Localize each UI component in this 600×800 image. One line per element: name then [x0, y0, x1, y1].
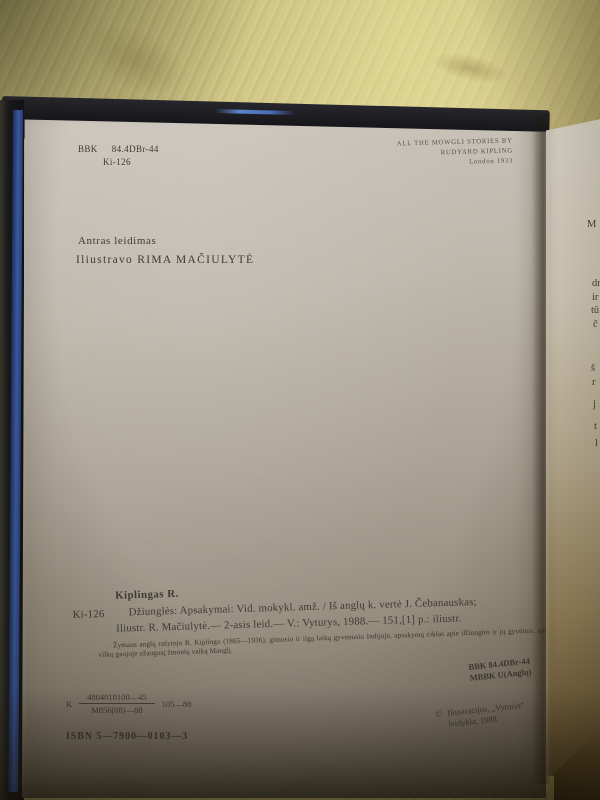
- facing-text-fragment: j: [593, 399, 596, 410]
- catalog-author: Kiplingas R.: [115, 588, 179, 602]
- facing-text-fragment: š: [591, 363, 595, 374]
- copyright-icon: ©: [435, 708, 444, 731]
- facing-text-fragment: l: [595, 438, 598, 449]
- facing-text-fragment: č: [593, 319, 598, 330]
- catalog-index: Ki-126: [73, 608, 105, 621]
- wood-blemish: [72, 10, 197, 111]
- facing-text-fragment: tū: [591, 305, 599, 316]
- illustrator-note: Iliustravo RIMA MAČIULYTĖ: [76, 254, 254, 266]
- print-order-fraction: 4804010100—45 M856(08)—88: [79, 692, 155, 715]
- facing-text-fragment: t: [594, 421, 597, 432]
- facing-text-fragment: M: [587, 219, 596, 230]
- imprint-page: BBK84.4DBr-44 Ki-126 ALL THE MOWGLI STOR…: [22, 114, 546, 798]
- print-order-code: K 4804010100—45 M856(08)—88 105—88: [66, 692, 191, 715]
- edition-note: Antras leidimas: [78, 235, 156, 247]
- original-title-line3: London 1933: [397, 156, 513, 169]
- facing-page: M dr ir tū č š r j t l: [546, 116, 600, 776]
- catalog-entry-line1: Džiunglės: Apsakymai: Vid. mokykl. amž. …: [128, 594, 532, 618]
- print-order-prefix: K: [66, 699, 72, 709]
- photo-canvas: BBK84.4DBr-44 Ki-126 ALL THE MOWGLI STOR…: [0, 0, 600, 800]
- isbn: ISBN 5—7900—0103—3: [66, 731, 188, 742]
- facing-text-fragment: r: [592, 377, 596, 388]
- print-order-suffix: 105—88: [162, 699, 192, 709]
- facing-text-fragment: dr: [592, 278, 600, 289]
- copyright-note: © Iliustracijos, „Vyturio“ leidykla, 198…: [435, 700, 526, 731]
- bbk-code: 84.4DBr-44: [112, 144, 159, 154]
- facing-text-fragment: ir: [592, 292, 598, 303]
- bbk-classification-bottom: BBK 84.4DBr-44 MBBK U(Anglų): [468, 656, 532, 684]
- print-order-numerator: 4804010100—45: [79, 692, 155, 704]
- bbk-index: Ki-126: [103, 156, 159, 169]
- original-title-note: ALL THE MOWGLI STORIES BY RUDYARD KIPLIN…: [397, 136, 514, 169]
- wood-blemish: [428, 47, 512, 89]
- bbk-classification-top: BBK84.4DBr-44 Ki-126: [78, 143, 159, 169]
- bbk-label: BBK: [78, 144, 98, 154]
- copyright-text: Iliustracijos, „Vyturio“ leidykla, 1988: [447, 700, 526, 730]
- print-order-denominator: M856(08)—88: [79, 704, 155, 715]
